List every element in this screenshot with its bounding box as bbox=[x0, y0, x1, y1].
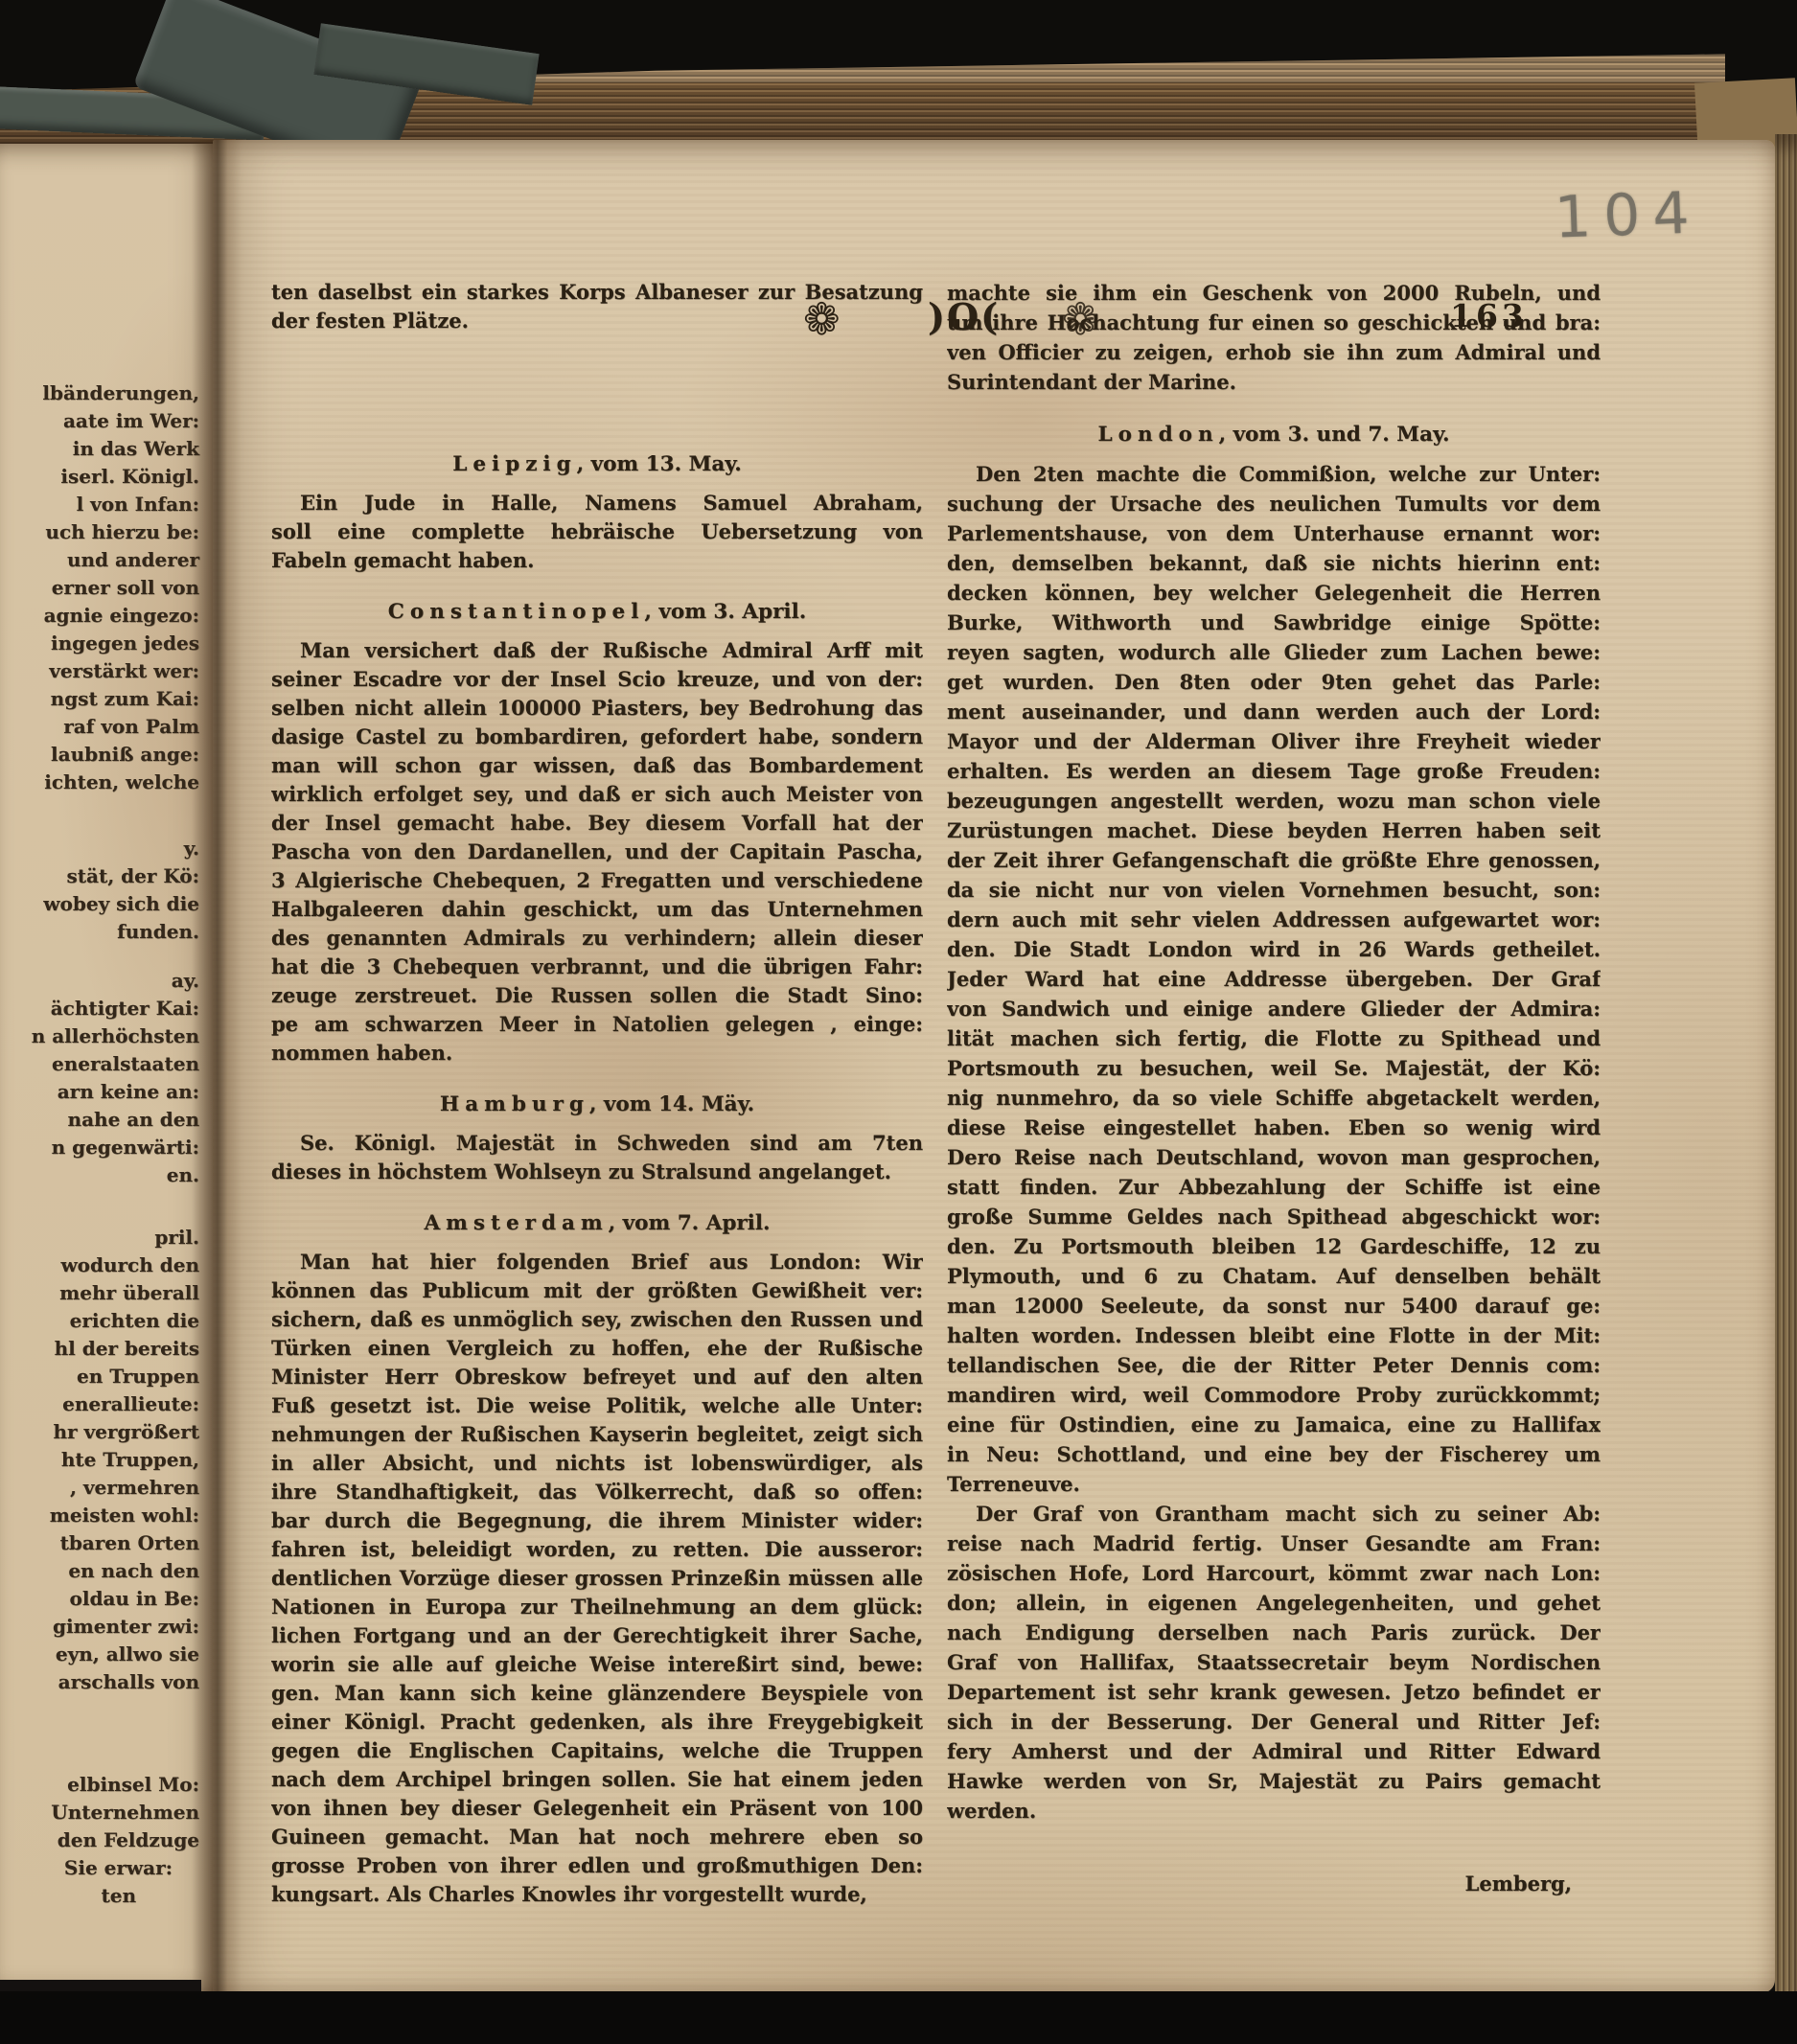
column-left: ten daselbst ein starkes Korps Albaneser… bbox=[271, 278, 923, 1909]
fragment-gap bbox=[0, 946, 213, 967]
fragment-text-line: wodurch den bbox=[0, 1252, 213, 1279]
fragment-text-line: funden. bbox=[0, 918, 213, 946]
text-line: Portsmouth zu besuchen, weil Se. Majestä… bbox=[947, 1053, 1601, 1083]
text-line: diese Reise eingestellet haben. Eben so … bbox=[947, 1113, 1601, 1142]
text-line: Departement ist sehr krank gewesen. Jetz… bbox=[947, 1677, 1601, 1707]
text-line: von ihnen bey dieser Gelegenheit ein Prä… bbox=[271, 1794, 923, 1823]
fragment-text-line: stät, der Kö: bbox=[0, 862, 213, 890]
dateline-city: Leipzig bbox=[452, 452, 576, 476]
text-line: werden. bbox=[947, 1796, 1601, 1826]
fragment-text-line: nahe an den bbox=[0, 1106, 213, 1134]
text-line: soll eine complette hebräische Uebersetz… bbox=[271, 517, 923, 546]
dateline-date: , vom 14. Mäy. bbox=[589, 1092, 754, 1116]
news-dateline-heading: Hamburg, vom 14. Mäy. bbox=[271, 1091, 923, 1119]
text-line: man 12000 Seeleute, da sonst nur 5400 da… bbox=[947, 1291, 1601, 1321]
text-line: dieses in höchstem Wohlseyn zu Stralsund… bbox=[271, 1158, 923, 1186]
fragment-text-line: mehr überall bbox=[0, 1279, 213, 1307]
text-line: nehmungen der Rußischen Kayserin begleit… bbox=[271, 1420, 923, 1449]
text-line: von Sandwich und einige andere Glieder d… bbox=[947, 994, 1601, 1023]
text-line: ment auseinander, und dann werden auch d… bbox=[947, 697, 1601, 726]
text-line: Der Graf von Grantham macht sich zu sein… bbox=[947, 1499, 1601, 1528]
fragment-text-line: pril. bbox=[0, 1224, 213, 1252]
fragment-text-line: eyn, allwo sie bbox=[0, 1641, 213, 1668]
fragment-text-line: laubniß ange: bbox=[0, 741, 213, 769]
text-line: Fabeln gemacht haben. bbox=[271, 546, 923, 575]
text-line: man will schon gar wissen, daß das Bomba… bbox=[271, 751, 923, 780]
fragment-text-line: in das Werk bbox=[0, 435, 213, 463]
text-line: zeuge zerstreuet. Die Russen sollen die … bbox=[271, 981, 923, 1010]
text-line: sich in der Besserung. Der General und R… bbox=[947, 1707, 1601, 1736]
text-line: don; allein, in eigenen Angelegenheiten,… bbox=[947, 1588, 1601, 1618]
text-line: nach Endigung derselben nach Paris zurüc… bbox=[947, 1618, 1601, 1647]
fragment-text-line: en nach den bbox=[0, 1557, 213, 1585]
text-line: in Neu: Schottland, und eine bey der Fis… bbox=[947, 1439, 1601, 1469]
fragment-text-line: enerallieute: bbox=[0, 1390, 213, 1418]
text-line: Türken einen Vergleich zu hoffen, ehe de… bbox=[271, 1334, 923, 1363]
fragment-text-line: Unternehmen bbox=[0, 1799, 213, 1826]
text-line: nommen haben. bbox=[271, 1039, 923, 1068]
text-line: kungsart. Als Charles Knowles ihr vorges… bbox=[271, 1880, 923, 1909]
text-line: zösischen Hofe, Lord Harcourt, kömmt zwa… bbox=[947, 1558, 1601, 1588]
fragment-text-line: raf von Palm bbox=[0, 713, 213, 741]
fragment-text-line: , vermehren bbox=[0, 1474, 213, 1502]
text-line: große Summe Geldes nach Spithead abgesch… bbox=[947, 1202, 1601, 1231]
previous-page-text-fragments: lbänderungen,aate im Wer:in das Werkiser… bbox=[0, 379, 213, 1910]
table-background bbox=[0, 1991, 1797, 2044]
text-line: Pascha von den Dardanellen, und der Capi… bbox=[271, 838, 923, 866]
text-line: den, demselben bekannt, daß sie nichts h… bbox=[947, 548, 1601, 578]
news-dateline-heading: Constantinopel, vom 3. April. bbox=[271, 598, 923, 627]
fragment-text-line: hl der bereits bbox=[0, 1335, 213, 1363]
news-dateline-heading: Leipzig, vom 13. May. bbox=[271, 450, 923, 479]
fragment-text-line: n allerhöchsten bbox=[0, 1022, 213, 1050]
text-line: ihre Standhaftigkeit, das Völkerrecht, d… bbox=[271, 1478, 923, 1506]
fragment-text-line: en Truppen bbox=[0, 1363, 213, 1390]
fragment-text-line: erichten die bbox=[0, 1307, 213, 1335]
text-line: fery Amherst und der Admiral und Ritter … bbox=[947, 1736, 1601, 1766]
text-line: hat die 3 Chebequen verbrannt, und die ü… bbox=[271, 953, 923, 981]
text-line: eine für Ostindien, eine zu Jamaica, ein… bbox=[947, 1410, 1601, 1439]
fragment-text-line: l von Infan: bbox=[0, 491, 213, 518]
text-line: Parlementshause, von dem Unterhause erna… bbox=[947, 518, 1601, 548]
fragment-text-line: en. bbox=[0, 1161, 213, 1189]
fragment-text-line: ächtigter Kai: bbox=[0, 995, 213, 1022]
text-line: einer Königl. Pracht gedenken, als ihre … bbox=[271, 1708, 923, 1736]
text-line: Surintendant der Marine. bbox=[947, 367, 1601, 397]
text-line: suchung der Ursache des neulichen Tumult… bbox=[947, 489, 1601, 518]
text-line: wirklich erfolget sey, und daß er sich a… bbox=[271, 780, 923, 809]
text-line: dasige Castel zu bombardiren, gefordert … bbox=[271, 723, 923, 751]
text-line: Terreneuve. bbox=[947, 1469, 1601, 1499]
text-line: können das Publicum mit der größten Gewi… bbox=[271, 1276, 923, 1305]
fragment-text-line: ay. bbox=[0, 967, 213, 995]
fragment-text-line: arn keine an: bbox=[0, 1078, 213, 1106]
text-line: statt finden. Zur Abbezahlung der Schiff… bbox=[947, 1172, 1601, 1202]
text-line: den. Zu Portsmouth bleiben 12 Gardeschif… bbox=[947, 1231, 1601, 1261]
text-line: der festen Plätze. bbox=[271, 307, 923, 335]
text-line: den. Die Stadt London wird in 26 Wards g… bbox=[947, 934, 1601, 964]
fragment-text-line: uch hierzu be: bbox=[0, 518, 213, 546]
text-line: Hawke werden von Sr, Majestät zu Pairs g… bbox=[947, 1766, 1601, 1796]
text-line: erhalten. Es werden an diesem Tage große… bbox=[947, 756, 1601, 786]
text-line: Plymouth, und 6 zu Chatam. Auf denselben… bbox=[947, 1261, 1601, 1291]
fragment-text-line: ngst zum Kai: bbox=[0, 685, 213, 713]
fragment-text-line: ten bbox=[0, 1882, 213, 1910]
text-line: gen. Man kann sich keine glänzendere Bey… bbox=[271, 1679, 923, 1708]
text-line: nig nunmehro, da so viele Schiffe abgeta… bbox=[947, 1083, 1601, 1113]
fragment-text-line: elbinsel Mo: bbox=[0, 1771, 213, 1799]
text-line: reise nach Madrid fertig. Unser Gesandte… bbox=[947, 1528, 1601, 1558]
text-line: 3 Algierische Chebequen, 2 Fregatten und… bbox=[271, 866, 923, 895]
text-line: lichen Fortgang und an der Gerechtigkeit… bbox=[271, 1621, 923, 1650]
text-line: Minister Herr Obreskow befreyet und auf … bbox=[271, 1363, 923, 1391]
dateline-city: London bbox=[1097, 423, 1218, 447]
text-line: fahren ist, beleidigt worden, zu retten.… bbox=[271, 1535, 923, 1564]
fragment-text-line: n gegenwärti: bbox=[0, 1134, 213, 1161]
dateline-city: Amsterdam bbox=[424, 1211, 608, 1235]
text-line: Dero Reise nach Deutschland, wovon man g… bbox=[947, 1142, 1601, 1172]
text-line: Ein Jude in Halle, Namens Samuel Abraham… bbox=[271, 489, 923, 517]
text-line: Se. Königl. Majestät in Schweden sind am… bbox=[271, 1129, 923, 1158]
dateline-date: , vom 7. April. bbox=[609, 1211, 771, 1235]
fragment-text-line: y. bbox=[0, 835, 213, 862]
text-line: ven Officier zu zeigen, erhob sie ihn zu… bbox=[947, 337, 1601, 367]
fragment-text-line: verstärkt wer: bbox=[0, 657, 213, 685]
text-line: Man versichert daß der Rußische Admiral … bbox=[271, 636, 923, 665]
text-line: Burke, Withworth und Sawbridge einige Sp… bbox=[947, 608, 1601, 637]
text-line: bar durch die Begegnung, die ihrem Minis… bbox=[271, 1506, 923, 1535]
text-line: der Insel gemacht habe. Bey diesem Vorfa… bbox=[271, 809, 923, 838]
text-line: der Zeit ihrer Gefangenschaft die größte… bbox=[947, 845, 1601, 875]
dateline-date: , vom 3. April. bbox=[644, 600, 806, 624]
fragment-text-line: wobey sich die bbox=[0, 890, 213, 918]
text-line: des genannten Admirals zu verhindern; al… bbox=[271, 924, 923, 953]
text-line: mandiren wird, weil Commodore Proby zurü… bbox=[947, 1380, 1601, 1410]
text-line: dern auch mit sehr vielen Addressen aufg… bbox=[947, 905, 1601, 934]
text-line: Halbgaleeren dahin geschickt, um das Unt… bbox=[271, 895, 923, 924]
text-line: get wurden. Den 8ten oder 9ten gehet das… bbox=[947, 667, 1601, 697]
fragment-text-line: den Feldzuge bbox=[0, 1826, 213, 1854]
text-line: Zurüstungen machet. Diese beyden Herren … bbox=[947, 815, 1601, 845]
text-line: gegen die Englischen Capitains, welche d… bbox=[271, 1736, 923, 1765]
fragment-text-line: arschalls von bbox=[0, 1668, 213, 1696]
fragment-text-line: und anderer bbox=[0, 546, 213, 574]
text-line: Mayor und der Alderman Oliver ihre Freyh… bbox=[947, 726, 1601, 756]
text-line: worin sie alle auf gleiche Weise intereß… bbox=[271, 1650, 923, 1679]
book-scan-photo: 104 ❁ )O( ❁ 163 lbänderungen,aate im Wer… bbox=[0, 0, 1797, 2044]
text-line: grosse Proben von ihrer edlen und großmu… bbox=[271, 1851, 923, 1880]
text-line: Man hat hier folgenden Brief aus London:… bbox=[271, 1248, 923, 1276]
fragment-gap bbox=[0, 796, 213, 835]
text-line: pe am schwarzen Meer in Natolien gelegen… bbox=[271, 1010, 923, 1039]
text-line: machte sie ihm ein Geschenk von 2000 Rub… bbox=[947, 278, 1601, 308]
dateline-city: Constantinopel bbox=[388, 600, 645, 624]
catchword: Lemberg, bbox=[947, 1869, 1601, 1898]
fragment-text-line: agnie eingezo: bbox=[0, 602, 213, 630]
text-line: ten daselbst ein starkes Korps Albaneser… bbox=[271, 278, 923, 307]
fragment-text-line: erner soll von bbox=[0, 574, 213, 602]
page-stack-fore-edge bbox=[1775, 134, 1797, 1998]
news-dateline-heading: London, vom 3. und 7. May. bbox=[947, 420, 1601, 449]
text-line: decken können, bey welcher Gelegenheit d… bbox=[947, 578, 1601, 608]
fragment-text-line: hte Truppen, bbox=[0, 1446, 213, 1474]
text-line: selben nicht allein 100000 Piasters, bey… bbox=[271, 694, 923, 723]
text-line: sichern, daß es unmöglich sey, zwischen … bbox=[271, 1305, 923, 1334]
fragment-text-line: iserl. Königl. bbox=[0, 463, 213, 491]
text-line: in aller Absicht, und nichts ist lobensw… bbox=[271, 1449, 923, 1478]
text-line: da sie nicht nur von vielen Vornehmen be… bbox=[947, 875, 1601, 905]
column-right: machte sie ihm ein Geschenk von 2000 Rub… bbox=[947, 278, 1601, 1898]
fragment-text-line: ingegen jedes bbox=[0, 630, 213, 657]
fragment-gap bbox=[0, 1189, 213, 1224]
text-line: Nationen in Europa zur Theilnehmung an d… bbox=[271, 1593, 923, 1621]
text-line: Fuß gesetzt ist. Die weise Politik, welc… bbox=[271, 1391, 923, 1420]
text-line: Den 2ten machte die Commißion, welche zu… bbox=[947, 459, 1601, 489]
fragment-text-line: eneralstaaten bbox=[0, 1050, 213, 1078]
fragment-text-line: ichten, welche bbox=[0, 769, 213, 796]
text-line: Jeder Ward hat eine Addresse übergeben. … bbox=[947, 964, 1601, 994]
fragment-text-line: gimenter zwi: bbox=[0, 1613, 213, 1641]
fragment-text-line: hr vergrößert bbox=[0, 1418, 213, 1446]
text-line: nach dem Archipel bringen sollen. Sie ha… bbox=[271, 1765, 923, 1794]
handwritten-folio-number: 104 bbox=[1554, 179, 1703, 251]
fragment-gap bbox=[0, 1696, 213, 1771]
text-line: halten worden. Indessen bleibt eine Flot… bbox=[947, 1321, 1601, 1350]
text-line: um ihre Hochachtung fur einen so geschic… bbox=[947, 308, 1601, 337]
text-line: Graf von Hallifax, Staatssecretair beym … bbox=[947, 1647, 1601, 1677]
text-line: tellandischen See, die der Ritter Peter … bbox=[947, 1350, 1601, 1380]
fragment-text-line: tbaren Orten bbox=[0, 1529, 213, 1557]
fragment-text-line: lbänderungen, bbox=[0, 379, 213, 407]
fragment-text-line: meisten wohl: bbox=[0, 1502, 213, 1529]
news-dateline-heading: Amsterdam, vom 7. April. bbox=[271, 1209, 923, 1238]
text-line: lität machen sich fertig, die Flotte zu … bbox=[947, 1023, 1601, 1053]
text-line: seiner Escadre vor der Insel Scio kreuze… bbox=[271, 665, 923, 694]
fragment-text-line: oldau in Be: bbox=[0, 1585, 213, 1613]
dateline-city: Hamburg bbox=[440, 1092, 589, 1116]
dateline-date: , vom 13. May. bbox=[577, 452, 742, 476]
text-line: dentlichen Vorzüge dieser grossen Prinze… bbox=[271, 1564, 923, 1593]
fragment-text-line: Sie erwar: bbox=[0, 1854, 213, 1882]
fragment-text-line: aate im Wer: bbox=[0, 407, 213, 435]
dateline-date: , vom 3. und 7. May. bbox=[1219, 423, 1450, 447]
text-line: reyen sagten, wodurch alle Glieder zum L… bbox=[947, 637, 1601, 667]
text-line: Guineen gemacht. Man hat noch mehrere eb… bbox=[271, 1823, 923, 1851]
text-line: bezeugungen angestellt werden, wozu man … bbox=[947, 786, 1601, 815]
